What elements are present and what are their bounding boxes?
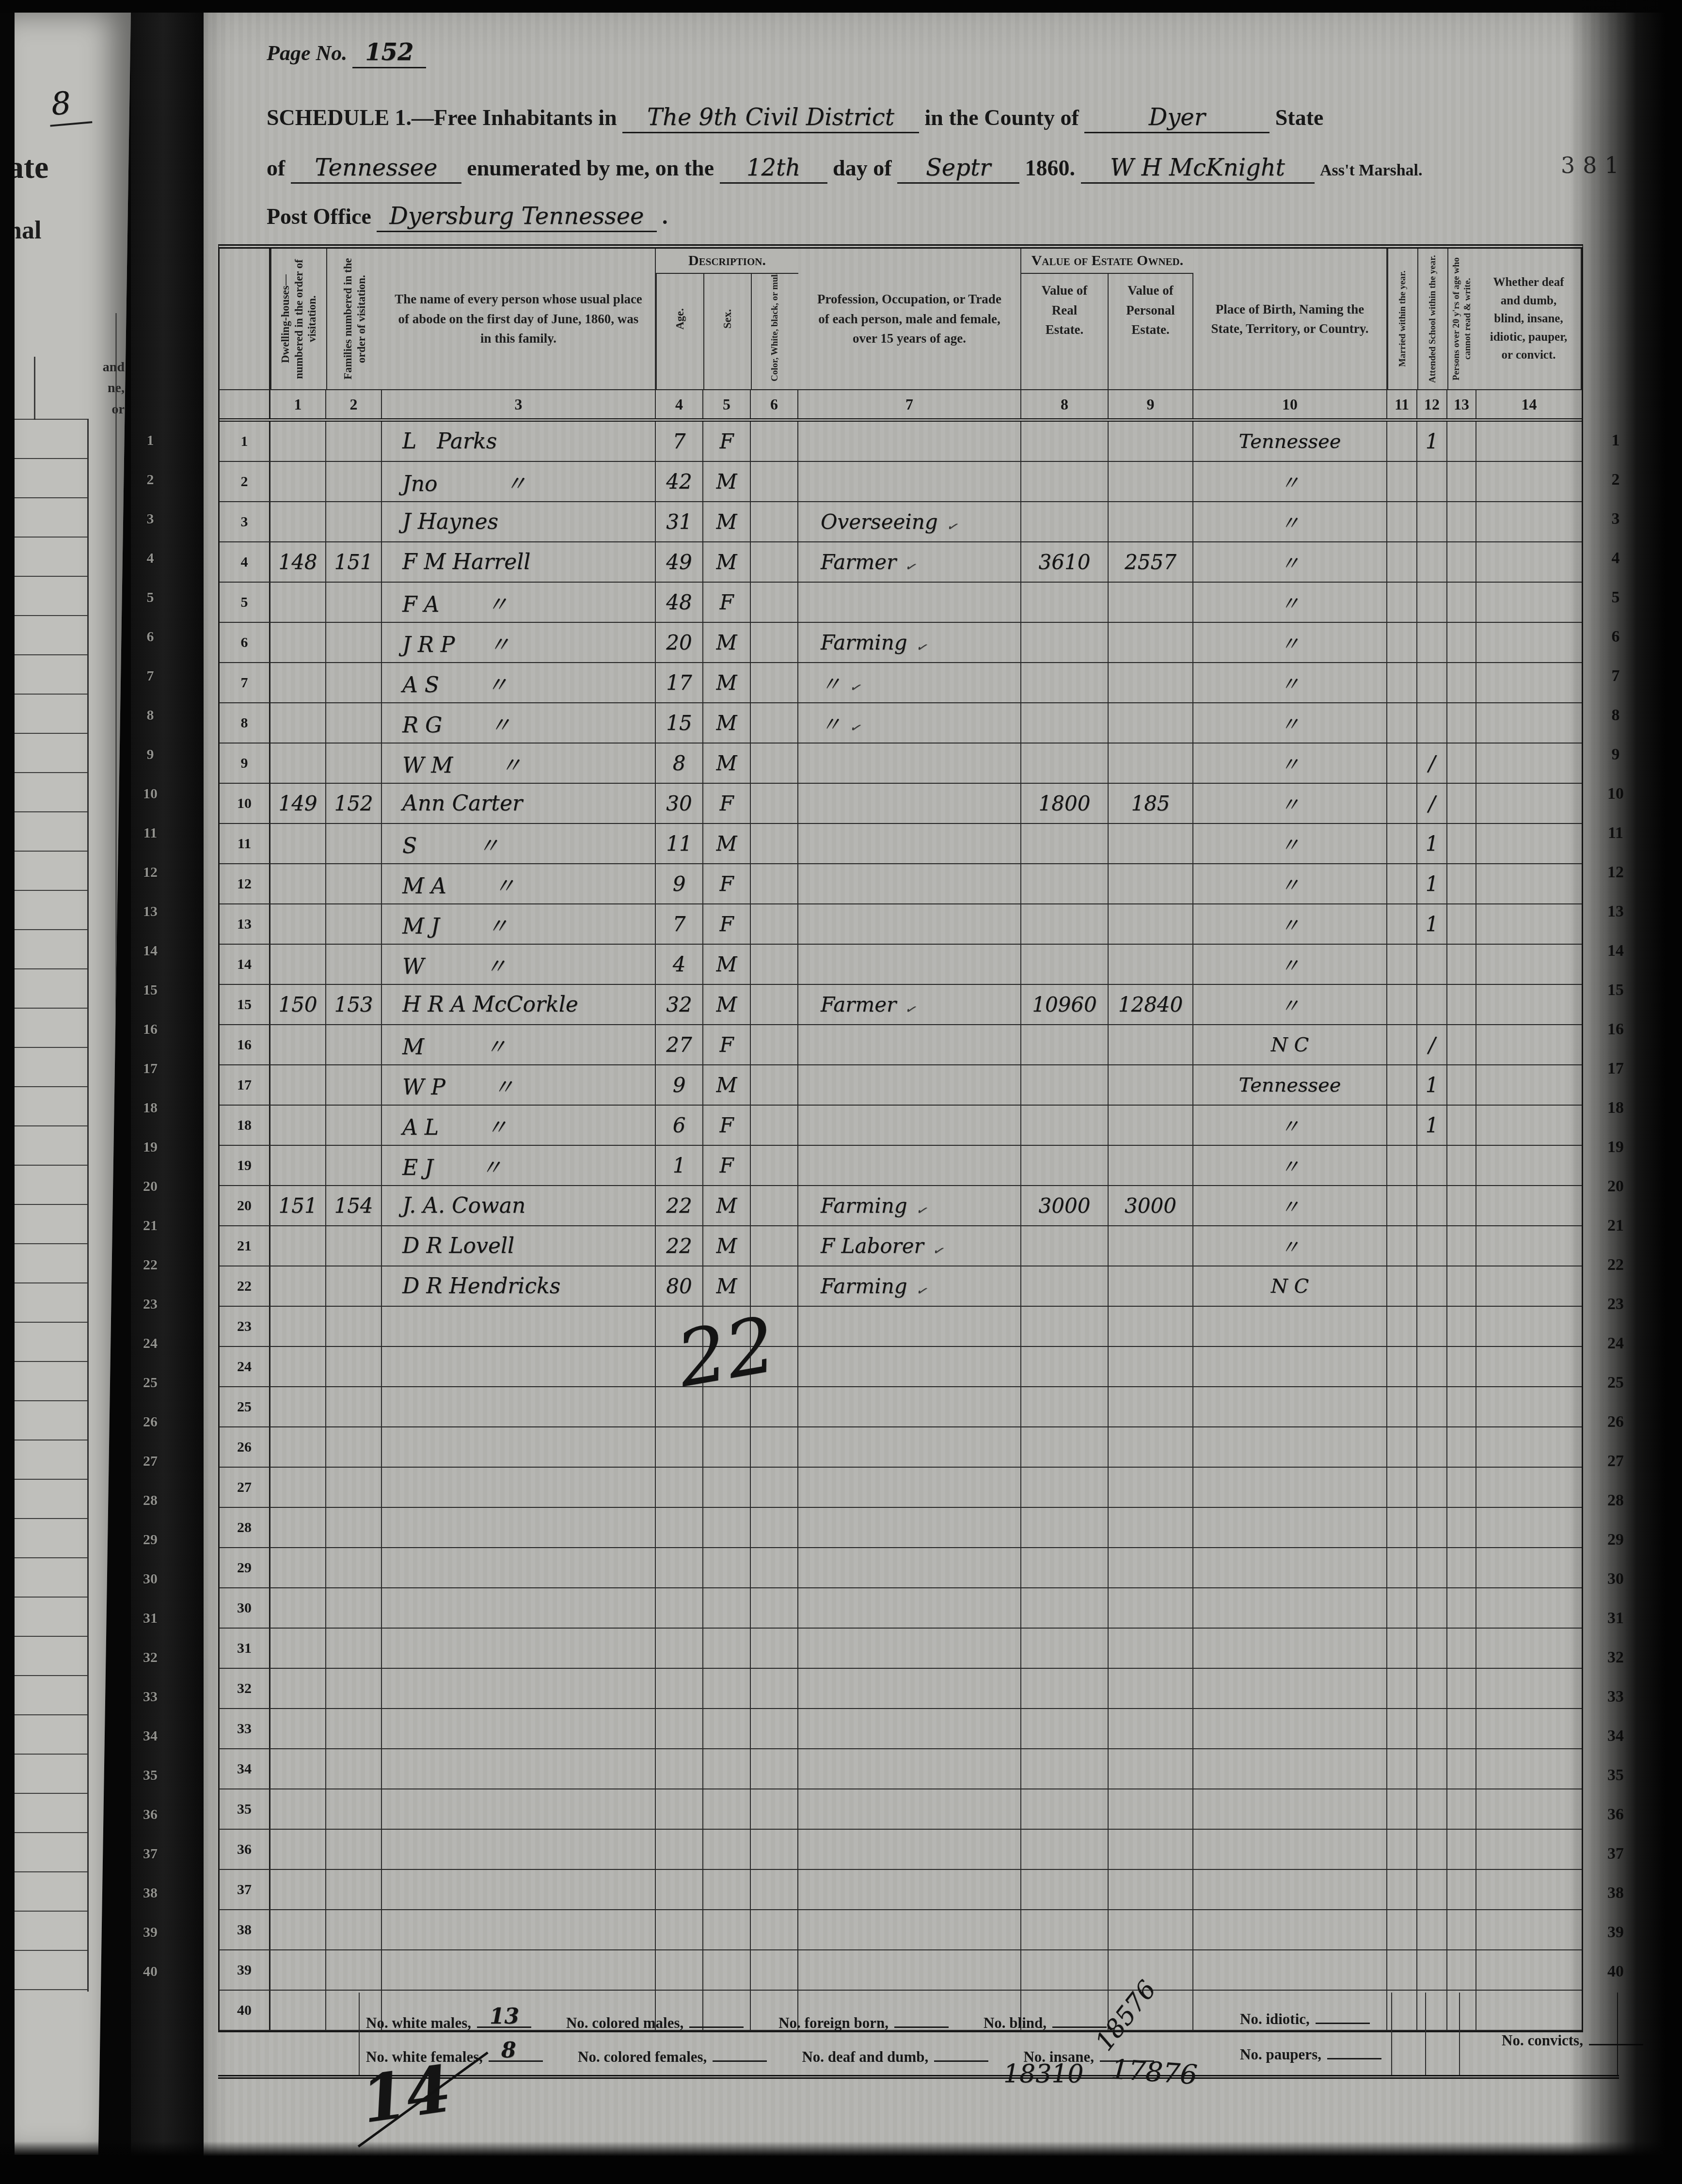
dwelling-cell	[270, 864, 326, 903]
name-cell	[382, 1427, 656, 1467]
sex-cell: M	[703, 663, 751, 702]
school-cell	[1417, 1387, 1447, 1426]
family-cell	[326, 1025, 382, 1064]
age-cell: 7	[656, 422, 703, 461]
row-number-cell: 28	[220, 1508, 270, 1547]
dwelling-cell	[270, 1830, 326, 1869]
margin-row-number: 6	[137, 617, 164, 656]
name-cell: M A 〃	[382, 864, 656, 903]
family-cell	[326, 623, 382, 662]
birthplace-cell: 〃	[1193, 744, 1387, 783]
marshal-signature: W H McKnight	[1110, 154, 1285, 181]
remarks-cell	[1476, 1910, 1582, 1949]
real-estate-cell: 3000	[1021, 1186, 1109, 1225]
remarks-cell	[1476, 1548, 1582, 1587]
birthplace-cell: 〃	[1193, 623, 1387, 662]
name-cell	[382, 1749, 656, 1788]
family-cell	[326, 1106, 382, 1145]
age-cell: 27	[656, 1025, 703, 1064]
school-cell	[1417, 1146, 1447, 1185]
married-cell	[1387, 1629, 1417, 1668]
age-cell: 32	[656, 985, 703, 1024]
sex-cell: F	[703, 904, 751, 944]
table-row: 36	[220, 1830, 1582, 1870]
personal-estate-cell	[1109, 583, 1193, 622]
cannot-read-cell	[1447, 462, 1476, 501]
birthplace-cell	[1193, 1468, 1387, 1507]
margin-row-number: 24	[137, 1324, 164, 1363]
row-number-cell: 29	[220, 1548, 270, 1587]
age-cell	[656, 1749, 703, 1788]
age-cell: 9	[656, 864, 703, 903]
occupation-cell	[798, 1347, 1021, 1386]
row-number-cell: 17	[220, 1065, 270, 1105]
title-line-1: SCHEDULE 1.—Free Inhabitants in The 9th …	[267, 104, 1323, 133]
sex-cell: M	[703, 623, 751, 662]
margin-row-number: 34	[137, 1716, 164, 1756]
table-row: 21D R Lovell22MF Laborer✓〃	[220, 1226, 1582, 1266]
cannot-read-cell	[1447, 1347, 1476, 1386]
school-cell: /	[1417, 744, 1447, 783]
school-cell	[1417, 623, 1447, 662]
real-estate-cell: 3610	[1021, 542, 1109, 582]
real-estate-cell	[1021, 1146, 1109, 1185]
table-row: 14W 〃4M〃	[220, 945, 1582, 985]
column-number-gutter	[220, 390, 270, 418]
cannot-read-cell	[1447, 1749, 1476, 1788]
school-cell	[1417, 1186, 1447, 1225]
occupation-cell	[798, 1910, 1021, 1949]
married-cell	[1387, 502, 1417, 541]
cannot-read-cell	[1447, 1065, 1476, 1105]
married-cell	[1387, 985, 1417, 1024]
age-cell: 22	[656, 1226, 703, 1266]
school-cell	[1417, 1508, 1447, 1547]
sex-cell: M	[703, 1266, 751, 1306]
married-cell	[1387, 663, 1417, 702]
sex-cell	[703, 1950, 751, 1990]
color-cell	[751, 904, 798, 944]
cannot-read-cell	[1447, 1830, 1476, 1869]
occupation-cell	[798, 1548, 1021, 1587]
occupation-cell	[798, 1307, 1021, 1346]
table-row: 17W P 〃9MTennessee1	[220, 1065, 1582, 1106]
footer-field-blank	[713, 2043, 767, 2062]
color-cell	[751, 1146, 798, 1185]
family-cell	[326, 663, 382, 702]
occupation-check-mark: ✓	[931, 1242, 945, 1259]
birthplace-cell	[1193, 1749, 1387, 1788]
age-column-tally: 22	[671, 1300, 782, 1405]
school-cell	[1417, 1749, 1447, 1788]
occupation-cell	[798, 1870, 1021, 1909]
married-cell	[1387, 623, 1417, 662]
real-estate-cell: 1800	[1021, 784, 1109, 823]
birthplace-cell: 〃	[1193, 864, 1387, 903]
name-cell	[382, 1307, 656, 1346]
footer-row-1: No. white males,13No. colored males,No. …	[366, 2009, 1107, 2032]
family-cell	[326, 1669, 382, 1708]
birthplace-cell: 〃	[1193, 1106, 1387, 1145]
margin-row-number: 2	[137, 460, 164, 499]
real-estate-cell	[1021, 1065, 1109, 1105]
age-cell	[656, 1508, 703, 1547]
personal-estate-cell	[1109, 744, 1193, 783]
married-cell	[1387, 1588, 1417, 1628]
remarks-cell	[1476, 1065, 1582, 1105]
family-cell	[326, 1387, 382, 1426]
personal-estate-cell	[1109, 1910, 1193, 1949]
row-number-cell: 24	[220, 1347, 270, 1386]
name-cell: R G 〃	[382, 703, 656, 743]
sex-cell: M	[703, 1226, 751, 1266]
footer-field-value: 8	[501, 2041, 516, 2060]
month-value: Septr	[926, 154, 991, 181]
post-office-value: Dyersburg Tennessee	[389, 203, 644, 230]
personal-estate-cell	[1109, 1387, 1193, 1426]
age-cell: 42	[656, 462, 703, 501]
remarks-cell	[1476, 945, 1582, 984]
real-estate-cell	[1021, 1588, 1109, 1628]
table-row: 1L Parks7FTennessee1	[220, 422, 1582, 462]
margin-row-number: 25	[137, 1363, 164, 1402]
table-row: 4148151F M Harrell49MFarmer✓36102557〃	[220, 542, 1582, 583]
family-cell	[326, 1830, 382, 1869]
dwelling-cell	[270, 1749, 326, 1788]
of-label: of	[267, 156, 285, 180]
color-cell	[751, 422, 798, 461]
title-line-2: of Tennessee enumerated by me, on the 12…	[267, 154, 1423, 184]
margin-row-number: 3	[137, 499, 164, 538]
row-number-cell: 10	[220, 784, 270, 823]
age-cell: 15	[656, 703, 703, 743]
sex-cell	[703, 1789, 751, 1829]
family-cell	[326, 462, 382, 501]
school-cell	[1417, 703, 1447, 743]
occupation-cell	[798, 1629, 1021, 1668]
row-number-cell: 7	[220, 663, 270, 702]
county-label: in the County of	[925, 105, 1079, 130]
margin-row-number: 20	[137, 1167, 164, 1206]
school-cell	[1417, 1629, 1447, 1668]
color-cell	[751, 784, 798, 823]
occupation-cell	[798, 462, 1021, 501]
married-cell	[1387, 1669, 1417, 1708]
dwelling-cell	[270, 1588, 326, 1628]
family-cell	[326, 1468, 382, 1507]
personal-estate-cell	[1109, 1588, 1193, 1628]
occupation-cell: F Laborer✓	[798, 1226, 1021, 1266]
table-row: 24	[220, 1347, 1582, 1387]
remarks-cell	[1476, 824, 1582, 863]
real-estate-cell	[1021, 663, 1109, 702]
dwelling-cell	[270, 1709, 326, 1748]
personal-estate-cell	[1109, 1226, 1193, 1266]
age-cell: 11	[656, 824, 703, 863]
real-estate-cell	[1021, 1387, 1109, 1426]
name-cell: Jno 〃	[382, 462, 656, 501]
schedule-title: SCHEDULE 1.—Free Inhabitants in	[267, 105, 617, 130]
table-row: 38	[220, 1910, 1582, 1950]
color-cell	[751, 1669, 798, 1708]
row-number-cell: 32	[220, 1669, 270, 1708]
cannot-read-cell	[1447, 744, 1476, 783]
married-cell	[1387, 1186, 1417, 1225]
remarks-cell	[1476, 985, 1582, 1024]
row-number-cell: 19	[220, 1146, 270, 1185]
birthplace-cell: 〃	[1193, 1146, 1387, 1185]
occupation-check-mark: ✓	[915, 1202, 928, 1219]
family-cell	[326, 1508, 382, 1547]
family-cell	[326, 1266, 382, 1306]
group-header-estate: Value of Estate Owned.	[1021, 249, 1193, 274]
cannot-read-cell	[1447, 1106, 1476, 1145]
personal-estate-cell	[1109, 1830, 1193, 1869]
color-cell	[751, 703, 798, 743]
footer-field-label: No. deaf and dumb,	[802, 2048, 928, 2065]
footer-field-blank	[1052, 2009, 1107, 2028]
remarks-cell	[1476, 623, 1582, 662]
page-number-line: Page No. 152	[267, 39, 426, 68]
margin-row-number: 31	[137, 1598, 164, 1638]
table-row: 8R G 〃15M〃✓〃	[220, 703, 1582, 744]
name-cell	[382, 1629, 656, 1668]
column-number: 5	[703, 390, 751, 418]
personal-estate-cell	[1109, 1629, 1193, 1668]
family-cell	[326, 864, 382, 903]
cannot-read-cell	[1447, 1508, 1476, 1547]
row-number-cell: 6	[220, 623, 270, 662]
real-estate-cell	[1021, 1830, 1109, 1869]
row-number-cell: 20	[220, 1186, 270, 1225]
age-cell: 31	[656, 502, 703, 541]
footer-field-blank	[1327, 2041, 1381, 2059]
real-estate-cell	[1021, 1226, 1109, 1266]
margin-row-number: 33	[137, 1677, 164, 1716]
cannot-read-cell	[1447, 1789, 1476, 1829]
birthplace-cell	[1193, 1669, 1387, 1708]
occupation-cell	[798, 422, 1021, 461]
row-number-cell: 22	[220, 1266, 270, 1306]
sex-cell	[703, 1749, 751, 1788]
name-cell	[382, 1548, 656, 1587]
footer-field: No. paupers,	[1240, 2041, 1381, 2063]
day-of-label: day of	[833, 156, 891, 180]
cannot-read-cell	[1447, 623, 1476, 662]
color-cell	[751, 945, 798, 984]
header-birthplace: Place of Birth, Naming the State, Territ…	[1193, 249, 1387, 389]
cannot-read-cell	[1447, 583, 1476, 622]
row-number-cell: 34	[220, 1749, 270, 1788]
birthplace-cell: 〃	[1193, 945, 1387, 984]
post-office-label: Post Office	[267, 204, 371, 229]
group-header-description: Description.	[656, 249, 798, 274]
sex-cell: M	[703, 1065, 751, 1105]
header-cannot-read: Persons over 20 y'rs of age who cannot r…	[1447, 249, 1476, 389]
married-cell	[1387, 1950, 1417, 1990]
dwelling-cell	[270, 1789, 326, 1829]
column-number: 4	[656, 390, 703, 418]
scan-edge-bottom	[0, 2141, 1682, 2184]
header-married: Married within the year.	[1387, 249, 1417, 389]
name-cell: A S 〃	[382, 663, 656, 702]
real-estate-cell	[1021, 703, 1109, 743]
birthplace-cell: 〃	[1193, 824, 1387, 863]
dwelling-cell	[270, 744, 326, 783]
family-cell: 153	[326, 985, 382, 1024]
margin-row-number: 28	[137, 1481, 164, 1520]
table-row: 26	[220, 1427, 1582, 1468]
margin-row-number: 27	[137, 1441, 164, 1481]
margin-row-number: 5	[137, 578, 164, 617]
occupation-check-mark: ✓	[915, 1282, 928, 1299]
margin-row-number: 7	[137, 656, 164, 696]
dwelling-cell	[270, 1669, 326, 1708]
remarks-cell	[1476, 1387, 1582, 1426]
sex-cell: M	[703, 945, 751, 984]
school-cell	[1417, 502, 1447, 541]
dwelling-cell	[270, 1427, 326, 1467]
occupation-check-mark: ✓	[945, 518, 959, 535]
personal-estate-cell	[1109, 502, 1193, 541]
birthplace-cell	[1193, 1830, 1387, 1869]
personal-estate-cell	[1109, 1749, 1193, 1788]
row-number-cell: 9	[220, 744, 270, 783]
name-cell: J R P 〃	[382, 623, 656, 662]
family-cell	[326, 1749, 382, 1788]
table-row: 30	[220, 1588, 1582, 1629]
margin-row-number: 23	[137, 1284, 164, 1324]
family-cell	[326, 1226, 382, 1266]
dwelling-cell: 148	[270, 542, 326, 582]
header-deaf-dumb: Whether deaf and dumb, blind, insane, id…	[1476, 249, 1582, 389]
personal-estate-cell	[1109, 1146, 1193, 1185]
neighbor-handwritten-number: 8	[47, 83, 93, 127]
dwelling-cell	[270, 1629, 326, 1668]
row-number-cell: 4	[220, 542, 270, 582]
birthplace-cell	[1193, 1789, 1387, 1829]
personal-estate-cell	[1109, 1307, 1193, 1346]
color-cell	[751, 1508, 798, 1547]
header-families: Families numbered in the order of visita…	[326, 249, 382, 389]
school-cell	[1417, 1709, 1447, 1748]
birthplace-cell	[1193, 1508, 1387, 1547]
name-cell	[382, 1950, 656, 1990]
sex-cell	[703, 1669, 751, 1708]
dwelling-cell	[270, 1025, 326, 1064]
personal-estate-cell	[1109, 1065, 1193, 1105]
margin-row-number: 15	[137, 970, 164, 1010]
occupation-cell: 〃✓	[798, 703, 1021, 743]
color-cell	[751, 1468, 798, 1507]
age-cell	[656, 1629, 703, 1668]
real-estate-cell	[1021, 502, 1109, 541]
married-cell	[1387, 1226, 1417, 1266]
real-estate-cell	[1021, 1749, 1109, 1788]
color-cell	[751, 744, 798, 783]
occupation-cell	[798, 1065, 1021, 1105]
footer-divider	[359, 1993, 360, 2075]
header-school: Attended School within the year.	[1417, 249, 1447, 389]
real-estate-cell	[1021, 904, 1109, 944]
row-number-cell: 11	[220, 824, 270, 863]
school-cell: 1	[1417, 824, 1447, 863]
remarks-cell	[1476, 663, 1582, 702]
name-cell: F M Harrell	[382, 542, 656, 582]
row-number-cell: 12	[220, 864, 270, 903]
marshal-label: Ass't Marshal.	[1320, 161, 1423, 179]
footer-field-blank: 13	[477, 2009, 531, 2028]
school-cell	[1417, 1548, 1447, 1587]
sex-cell: M	[703, 462, 751, 501]
personal-estate-cell	[1109, 1870, 1193, 1909]
personal-estate-cell	[1109, 864, 1193, 903]
row-number-cell: 38	[220, 1910, 270, 1949]
color-cell	[751, 1629, 798, 1668]
margin-row-number: 8	[137, 696, 164, 735]
occupation-cell: Farming✓	[798, 1266, 1021, 1306]
real-estate-cell	[1021, 1468, 1109, 1507]
table-row: 3J Haynes31MOverseeing✓〃	[220, 502, 1582, 542]
cannot-read-cell	[1447, 1226, 1476, 1266]
cannot-read-cell	[1447, 703, 1476, 743]
age-cell	[656, 1427, 703, 1467]
column-number: 8	[1021, 390, 1109, 418]
remarks-cell	[1476, 502, 1582, 541]
personal-estate-cell	[1109, 1427, 1193, 1467]
personal-estate-cell	[1109, 663, 1193, 702]
age-cell: 9	[656, 1065, 703, 1105]
remarks-cell	[1476, 1025, 1582, 1064]
married-cell	[1387, 542, 1417, 582]
dwelling-cell	[270, 462, 326, 501]
dwelling-cell	[270, 1910, 326, 1949]
neighbor-row-numbers: 1234567891011121314151617181920212223242…	[137, 421, 164, 1991]
sex-cell: F	[703, 422, 751, 461]
sex-cell: F	[703, 583, 751, 622]
occupation-cell	[798, 864, 1021, 903]
row-number-cell: 16	[220, 1025, 270, 1064]
dwelling-cell	[270, 1226, 326, 1266]
birthplace-cell: 〃	[1193, 1226, 1387, 1266]
dwelling-cell	[270, 1347, 326, 1386]
row-number-cell: 18	[220, 1106, 270, 1145]
table-row: 20151154J. A. Cowan22MFarming✓30003000〃	[220, 1186, 1582, 1226]
married-cell	[1387, 945, 1417, 984]
dwelling-cell	[270, 945, 326, 984]
school-cell: 1	[1417, 422, 1447, 461]
margin-row-number: 17	[137, 1049, 164, 1088]
neighbor-col14-line: ne,	[42, 378, 125, 398]
birthplace-cell	[1193, 1548, 1387, 1587]
name-cell: M 〃	[382, 1025, 656, 1064]
age-cell	[656, 1910, 703, 1949]
name-cell	[382, 1709, 656, 1748]
married-cell	[1387, 422, 1417, 461]
row-number-cell: 15	[220, 985, 270, 1024]
school-cell	[1417, 1870, 1447, 1909]
birthplace-cell: 〃	[1193, 904, 1387, 944]
real-estate-cell	[1021, 623, 1109, 662]
sex-cell: F	[703, 1146, 751, 1185]
birthplace-cell	[1193, 1347, 1387, 1386]
personal-estate-cell	[1109, 1669, 1193, 1708]
real-estate-cell	[1021, 1427, 1109, 1467]
real-estate-cell	[1021, 1669, 1109, 1708]
footer-field-blank: 8	[489, 2043, 543, 2062]
title-line-3: Post Office Dyersburg Tennessee .	[267, 203, 668, 232]
remarks-cell	[1476, 1307, 1582, 1346]
